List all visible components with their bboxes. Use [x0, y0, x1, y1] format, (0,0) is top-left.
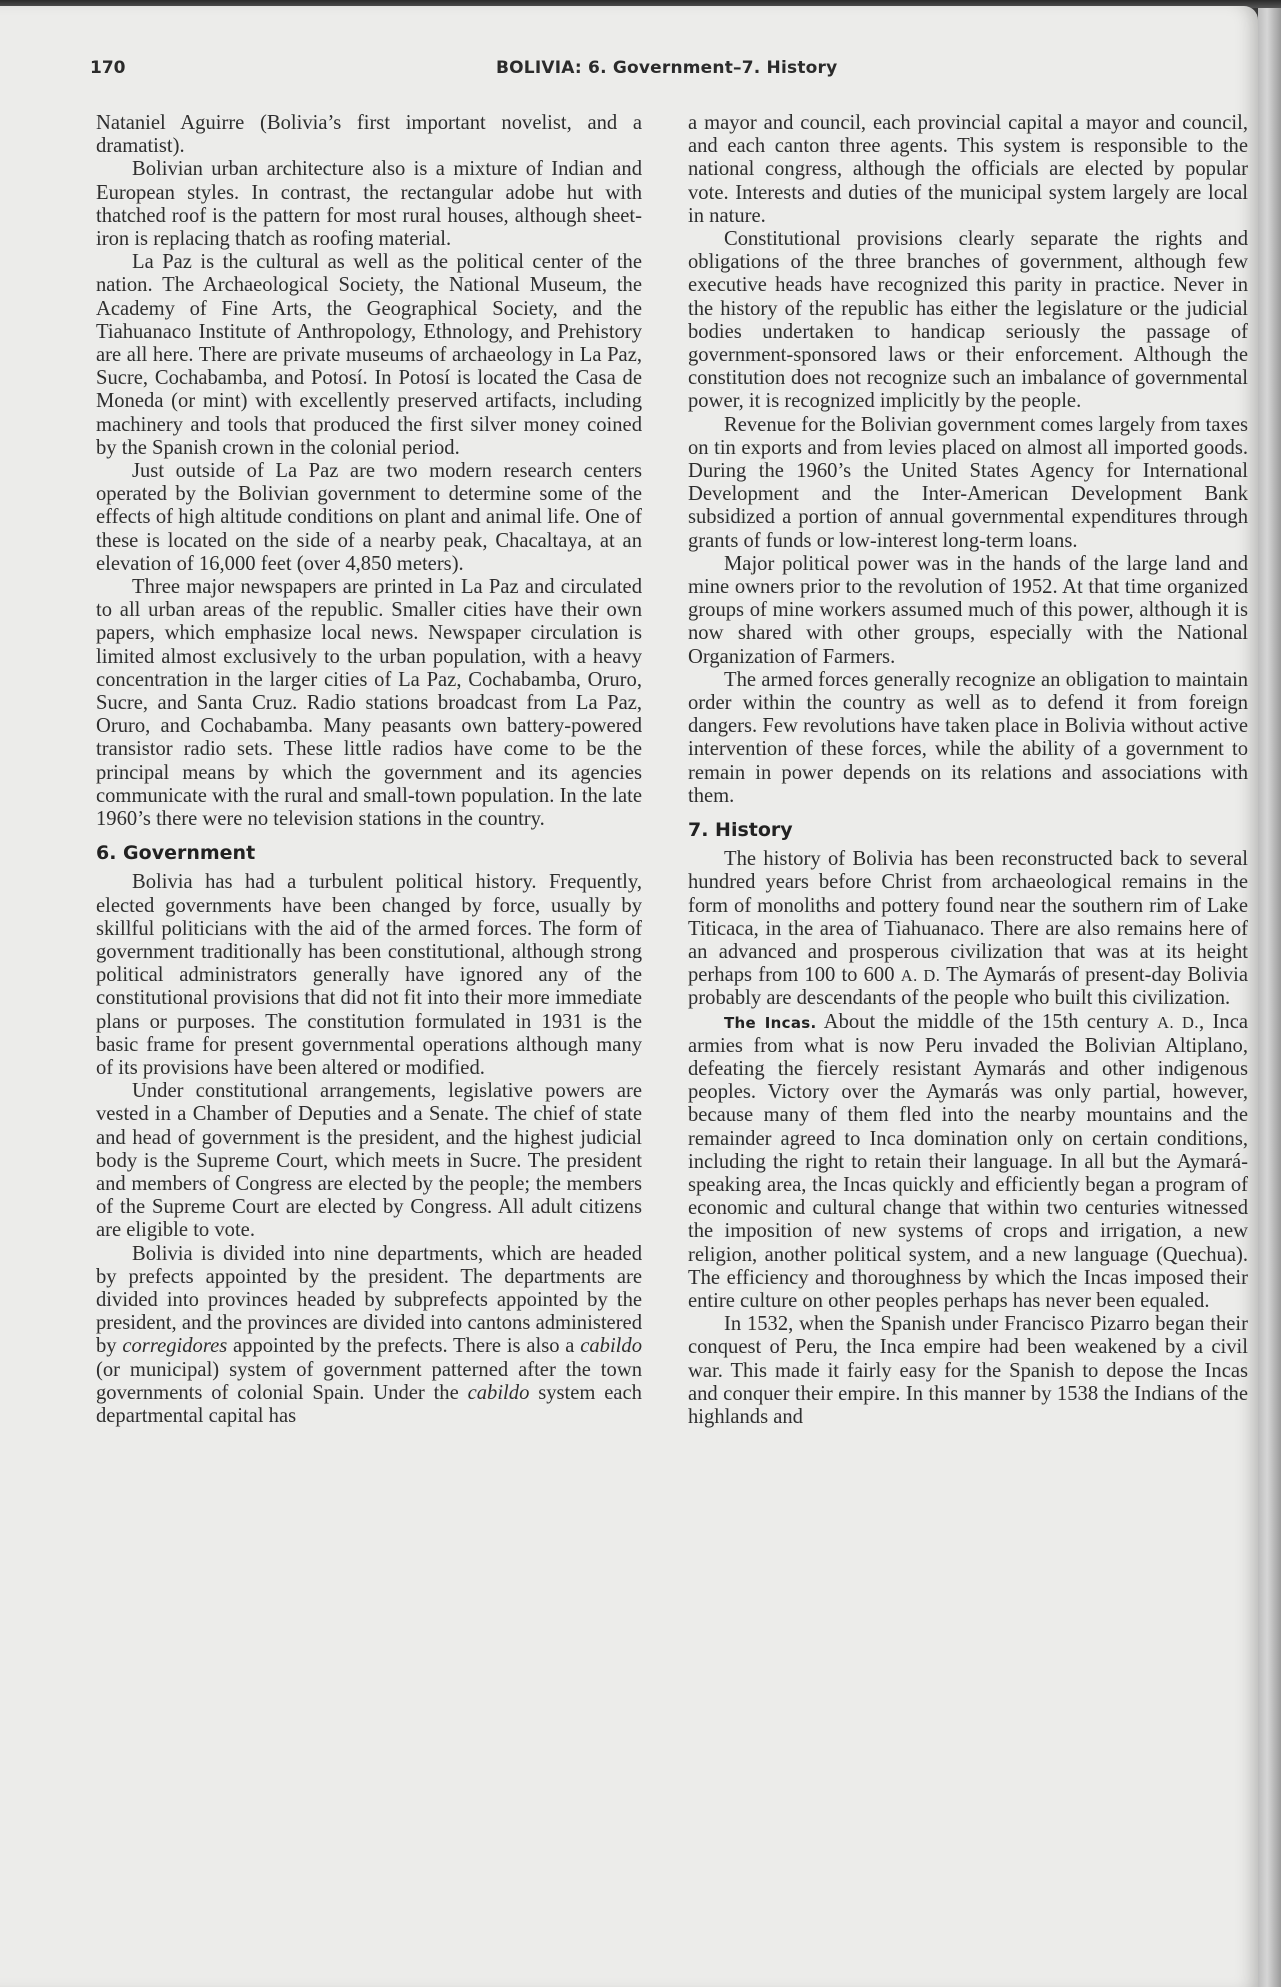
paragraph-early-history: The history of Bolivia has been reconstr…: [688, 848, 1248, 1010]
paragraph-continued: a mayor and council, each provincial cap…: [688, 112, 1248, 228]
paragraph-departments: Bolivia is divided into nine departments…: [96, 1243, 642, 1429]
italic-term-cabildo: cabildo: [468, 1382, 530, 1404]
paragraph-spanish-conquest: In 1532, when the Spanish under Francisc…: [688, 1313, 1248, 1429]
running-title: BOLIVIA: 6. Government–7. History: [496, 58, 837, 78]
paragraph-constitutional-provisions: Constitutional provisions clearly separa…: [688, 228, 1248, 414]
paragraph-political-power: Major political power was in the hands o…: [688, 553, 1248, 669]
paragraph-political-history: Bolivia has had a turbulent political hi…: [96, 871, 642, 1080]
paragraph-newspapers-radio: Three major newspapers are printed in La…: [96, 576, 642, 831]
page-number: 170: [90, 58, 126, 78]
run-in-heading-incas: The Incas.: [724, 1014, 816, 1032]
paragraph-continued: Nataniel Aguirre (Bolivia’s first import…: [96, 112, 642, 158]
left-column: Nataniel Aguirre (Bolivia’s first import…: [96, 112, 642, 1428]
italic-term-cabildo: cabildo: [580, 1335, 642, 1357]
paragraph-legislative-powers: Under constitutional arrangements, legis…: [96, 1080, 642, 1242]
paragraph-research-centers: Just outside of La Paz are two modern re…: [96, 460, 642, 576]
paragraph-revenue: Revenue for the Bolivian government come…: [688, 414, 1248, 553]
section-heading-government: 6. Government: [96, 842, 642, 865]
era-abbreviation: A. D.: [1157, 1013, 1199, 1032]
section-heading-history: 7. History: [688, 819, 1248, 842]
era-abbreviation: A. D.: [901, 966, 941, 985]
paragraph-incas: The Incas. About the middle of the 15th …: [688, 1011, 1248, 1314]
italic-term-corregidores: corregidores: [122, 1335, 227, 1357]
right-column: a mayor and council, each provincial cap…: [688, 112, 1248, 1429]
paragraph-armed-forces: The armed forces generally recognize an …: [688, 669, 1248, 808]
book-page-edge: [1258, 8, 1281, 1987]
paragraph-la-paz-culture: La Paz is the cultural as well as the po…: [96, 251, 642, 460]
running-header: 170 BOLIVIA: 6. Government–7. History: [0, 58, 1258, 82]
paragraph-architecture: Bolivian urban architecture also is a mi…: [96, 158, 642, 251]
book-page: 170 BOLIVIA: 6. Government–7. History Na…: [0, 6, 1258, 1987]
